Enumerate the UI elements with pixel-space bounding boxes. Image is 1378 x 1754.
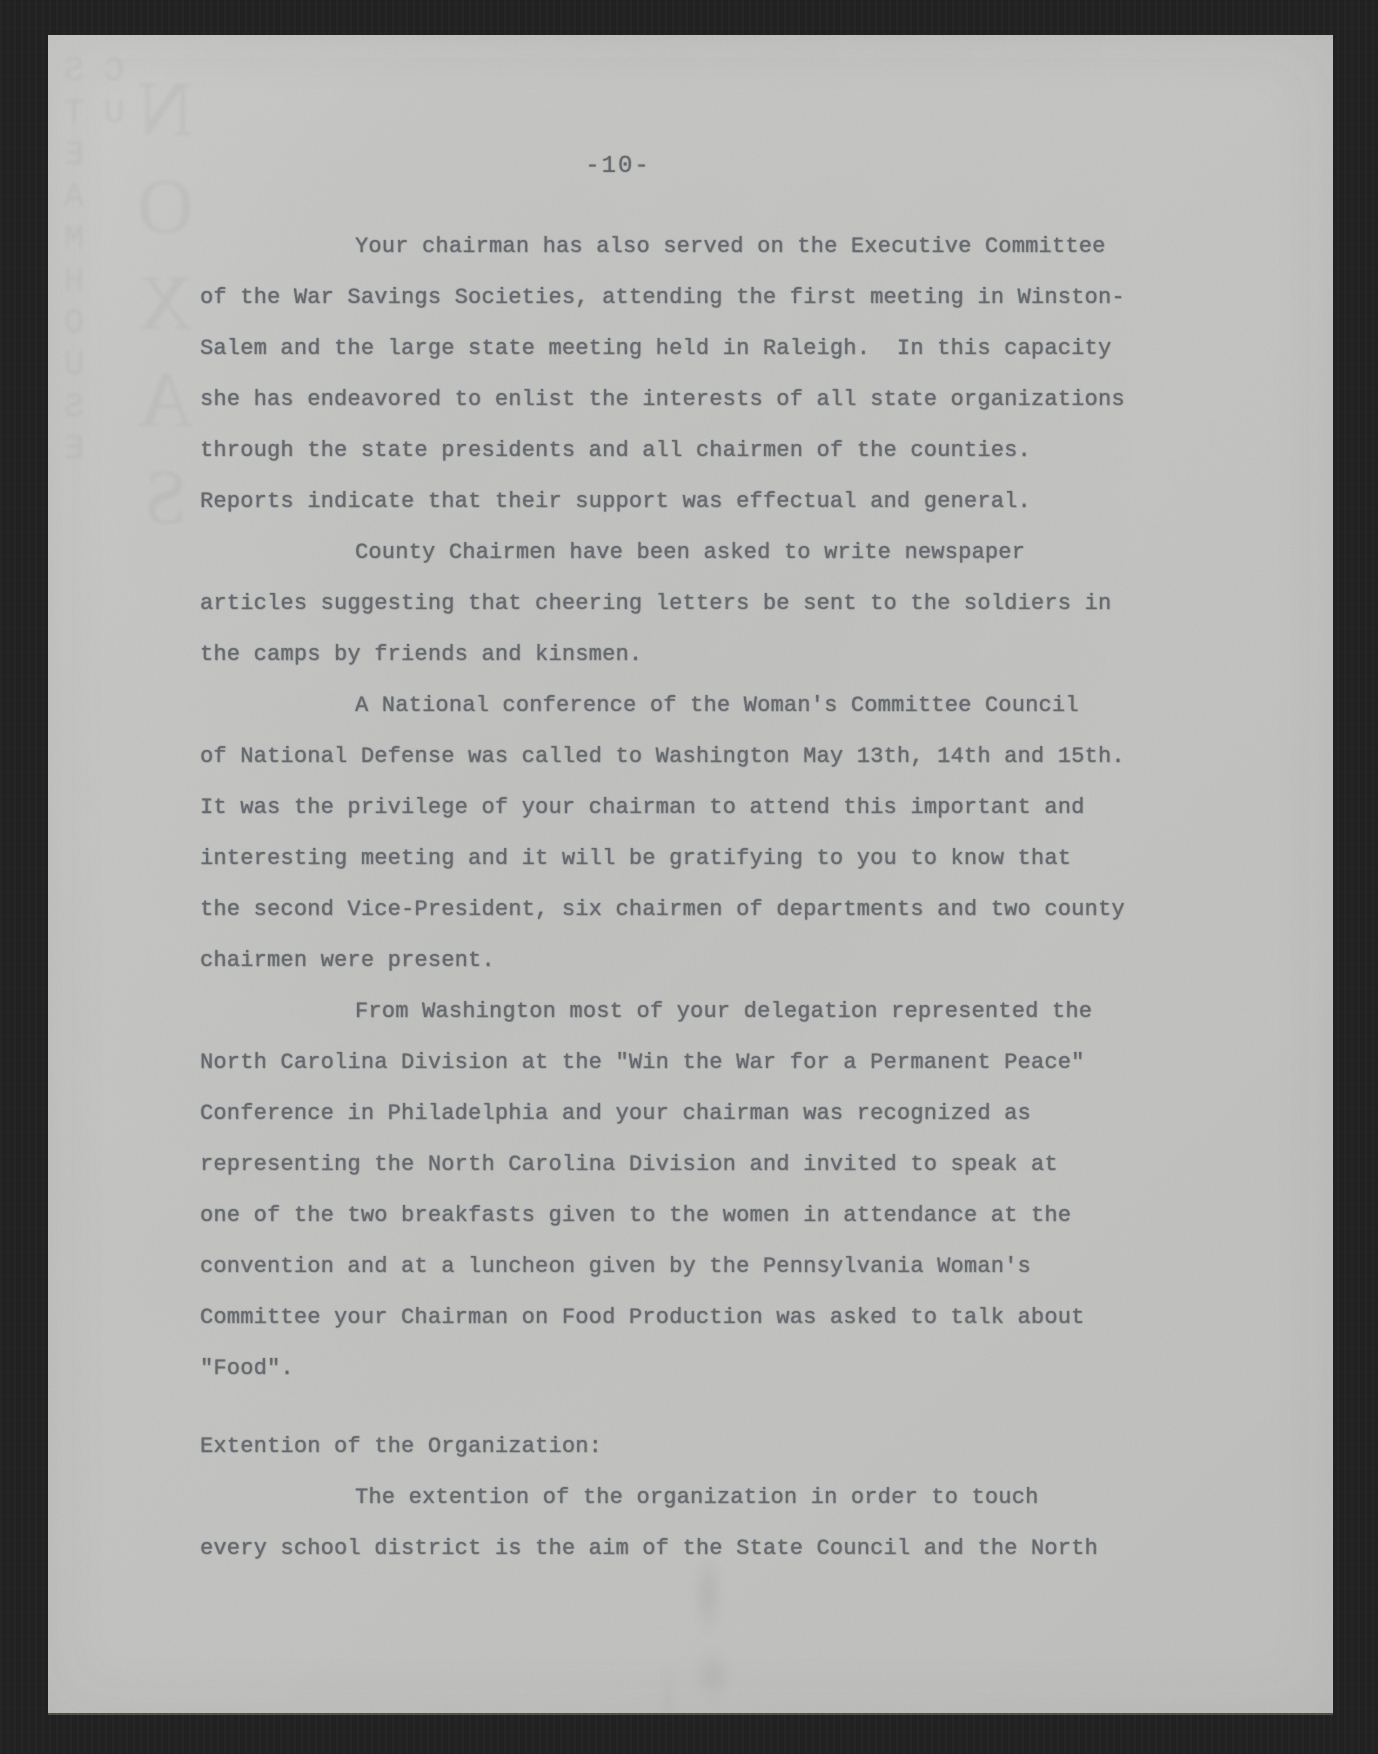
text-line: articles suggesting that cheering letter… [200, 578, 1150, 629]
text-line: "Food". [200, 1343, 1150, 1394]
text-line: she has endeavored to enlist the interes… [200, 374, 1150, 425]
photographed-document: { "page_number": "-10-", "colors": { "ba… [0, 0, 1378, 1754]
text-line: Salem and the large state meeting held i… [200, 323, 1150, 374]
text-line: of National Defense was called to Washin… [200, 731, 1150, 782]
paragraph: Your chairman has also served on the Exe… [200, 221, 1150, 527]
paper-page: STEAMHOUSE CU NOXAS -10- Your chairman h… [48, 35, 1333, 1713]
text-line: every school district is the aim of the … [200, 1523, 1150, 1574]
text-line: through the state presidents and all cha… [200, 425, 1150, 476]
text-line: one of the two breakfasts given to the w… [200, 1190, 1150, 1241]
text-line: chairmen were present. [200, 935, 1150, 986]
text-line: Extention of the Organization: [200, 1421, 1150, 1472]
typewritten-text-body: Your chairman has also served on the Exe… [200, 221, 1150, 1574]
paragraph: A National conference of the Woman's Com… [200, 680, 1150, 986]
text-line: Committee your Chairman on Food Producti… [200, 1292, 1150, 1343]
text-line: the second Vice-President, six chairmen … [200, 884, 1150, 935]
text-line: of the War Savings Societies, attending … [200, 272, 1150, 323]
bleed-through-edge-text: STEAMHOUSE CU [54, 53, 134, 533]
text-line: It was the privilege of your chairman to… [200, 782, 1150, 833]
text-line: Your chairman has also served on the Exe… [200, 221, 1150, 272]
paragraph: From Washington most of your delegation … [200, 986, 1150, 1394]
paragraph: County Chairmen have been asked to write… [200, 527, 1150, 680]
text-line: Conference in Philadelphia and your chai… [200, 1088, 1150, 1139]
text-line: interesting meeting and it will be grati… [200, 833, 1150, 884]
text-line: Reports indicate that their support was … [200, 476, 1150, 527]
text-line: From Washington most of your delegation … [200, 986, 1150, 1037]
text-line: The extention of the organization in ord… [200, 1472, 1150, 1523]
text-line: A National conference of the Woman's Com… [200, 680, 1150, 731]
text-line: North Carolina Division at the "Win the … [200, 1037, 1150, 1088]
text-line: the camps by friends and kinsmen. [200, 629, 1150, 680]
section-heading: Extention of the Organization: [200, 1421, 1150, 1472]
bleed-through-large-text: NOXAS [118, 65, 213, 565]
text-line: convention and at a luncheon given by th… [200, 1241, 1150, 1292]
paragraph: The extention of the organization in ord… [200, 1472, 1150, 1574]
text-line: County Chairmen have been asked to write… [200, 527, 1150, 578]
page-number: -10- [518, 153, 718, 180]
text-line: representing the North Carolina Division… [200, 1139, 1150, 1190]
